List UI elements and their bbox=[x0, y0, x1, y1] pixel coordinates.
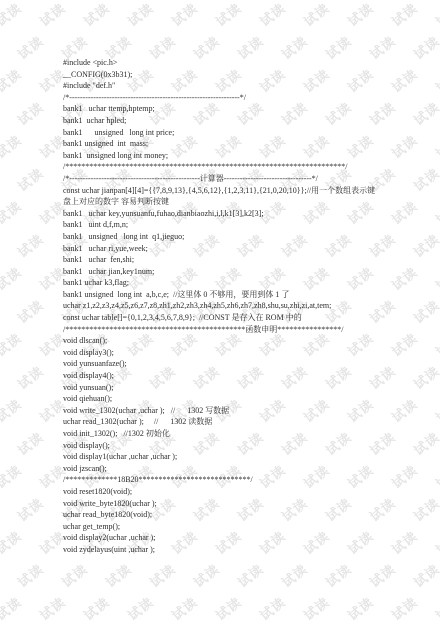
code-line: bank1 unsigned long int money; bbox=[63, 150, 375, 162]
code-line: /*--------------------------------------… bbox=[63, 173, 375, 185]
code-line: 盘上对应的数字 容易判断按键 bbox=[63, 196, 375, 208]
watermark-text: 试读 bbox=[387, 64, 421, 96]
watermark-text: 试读 bbox=[0, 460, 25, 492]
code-line: #include <pic.h> bbox=[63, 57, 375, 69]
watermark-text: 试读 bbox=[0, 526, 25, 558]
watermark-text: 试读 bbox=[0, 328, 25, 360]
watermark-text: 试读 bbox=[321, 559, 355, 591]
watermark-text: 试读 bbox=[431, 394, 440, 426]
code-line: bank1 uchar ttemp,hptemp; bbox=[63, 103, 375, 115]
watermark-text: 试读 bbox=[0, 196, 25, 228]
watermark-text: 试读 bbox=[13, 163, 47, 195]
code-line: bank1 uchar key,yunsuanfu,fuhao,dianbiao… bbox=[63, 208, 375, 220]
watermark-text: 试读 bbox=[255, 0, 289, 30]
code-line: void display1(uchar ,uchar ,uchar ); bbox=[63, 451, 375, 463]
code-line: bank1 uint d,f,m,n; bbox=[63, 219, 375, 231]
code-line: void display4(); bbox=[63, 370, 375, 382]
code-line: /***************************************… bbox=[63, 324, 375, 336]
watermark-text: 试读 bbox=[387, 592, 421, 620]
watermark-text: 试读 bbox=[189, 559, 223, 591]
code-line: bank1 unsigned long int q1,jieguo; bbox=[63, 231, 375, 243]
watermark-text: 试读 bbox=[277, 559, 311, 591]
watermark-text: 试读 bbox=[387, 0, 421, 30]
code-line: void qiehuan(); bbox=[63, 393, 375, 405]
watermark-text: 试读 bbox=[409, 361, 440, 393]
code-line: const uchar table[]={0,1,2,3,4,5,6,7,8,9… bbox=[63, 312, 375, 324]
watermark-text: 试读 bbox=[431, 328, 440, 360]
watermark-text: 试读 bbox=[13, 31, 47, 63]
code-line: void display2(uchar ,uchar ); bbox=[63, 532, 375, 544]
code-line: bank1 unsigned int mass; bbox=[63, 138, 375, 150]
code-line: void yunsuan(); bbox=[63, 382, 375, 394]
code-line: const uchar jianpan[4][4]={{7,8,9,13},{4… bbox=[63, 185, 375, 197]
watermark-text: 试读 bbox=[145, 559, 179, 591]
code-line: void display3(); bbox=[63, 347, 375, 359]
code-line: uchar get_temp(); bbox=[63, 521, 375, 533]
watermark-text: 试读 bbox=[431, 0, 440, 30]
watermark-text: 试读 bbox=[0, 64, 25, 96]
watermark-text: 试读 bbox=[13, 97, 47, 129]
watermark-text: 试读 bbox=[79, 0, 113, 30]
code-line: bank1 uchar hpled; bbox=[63, 115, 375, 127]
watermark-text: 试读 bbox=[299, 592, 333, 620]
watermark-text: 试读 bbox=[299, 0, 333, 30]
watermark-text: 试读 bbox=[0, 0, 25, 30]
watermark-text: 试读 bbox=[35, 0, 69, 30]
watermark-text: 试读 bbox=[409, 31, 440, 63]
code-line: /*************18B20*********************… bbox=[63, 474, 375, 486]
code-line: void yunsuanfaze(); bbox=[63, 358, 375, 370]
code-line: uchar read_1302(uchar ); // 1302 读数据 bbox=[63, 416, 375, 428]
watermark-text: 试读 bbox=[35, 592, 69, 620]
watermark-text: 试读 bbox=[409, 229, 440, 261]
watermark-text: 试读 bbox=[343, 0, 377, 30]
code-line: void display(); bbox=[63, 440, 375, 452]
code-line: #include "def.h" bbox=[63, 80, 375, 92]
watermark-text: 试读 bbox=[123, 592, 157, 620]
watermark-text: 试读 bbox=[255, 592, 289, 620]
watermark-text: 试读 bbox=[0, 592, 25, 620]
watermark-text: 试读 bbox=[211, 592, 245, 620]
code-line: __CONFIG(0x3b31); bbox=[63, 69, 375, 81]
code-line: bank1 uchar ri,yue,week; bbox=[63, 243, 375, 255]
watermark-text: 试读 bbox=[343, 592, 377, 620]
watermark-text: 试读 bbox=[0, 394, 25, 426]
watermark-text: 试读 bbox=[431, 592, 440, 620]
code-line: /*--------------------------------------… bbox=[63, 92, 375, 104]
watermark-text: 试读 bbox=[409, 493, 440, 525]
watermark-text: 试读 bbox=[431, 460, 440, 492]
watermark-text: 试读 bbox=[13, 295, 47, 327]
watermark-text: 试读 bbox=[431, 64, 440, 96]
code-line: void write_byte1820(uchar ); bbox=[63, 498, 375, 510]
code-line: void write_1302(uchar ,uchar ); // 1302 … bbox=[63, 405, 375, 417]
code-line: void zydelayus(uint ,uchar ); bbox=[63, 544, 375, 556]
watermark-text: 试读 bbox=[409, 295, 440, 327]
watermark-text: 试读 bbox=[0, 130, 25, 162]
code-line: bank1 unsigned long int price; bbox=[63, 127, 375, 139]
watermark-text: 试读 bbox=[387, 196, 421, 228]
watermark-text: 试读 bbox=[409, 559, 440, 591]
watermark-text: 试读 bbox=[57, 559, 91, 591]
watermark-text: 试读 bbox=[101, 559, 135, 591]
code-line: void init_1302(); //1302 初始化 bbox=[63, 428, 375, 440]
watermark-text: 试读 bbox=[13, 361, 47, 393]
code-line: uchar z1,z2,z3,z4,z5,z6,z7,z8,zh1,zh2,zh… bbox=[63, 300, 375, 312]
watermark-text: 试读 bbox=[13, 559, 47, 591]
code-block: #include <pic.h>__CONFIG(0x3b31);#includ… bbox=[63, 57, 375, 556]
code-line: uchar read_byte1820(void); bbox=[63, 509, 375, 521]
code-line: void jzscan(); bbox=[63, 463, 375, 475]
code-line: bank1 uchar k3,flag; bbox=[63, 277, 375, 289]
watermark-text: 试读 bbox=[167, 0, 201, 30]
code-line: void reset1820(void); bbox=[63, 486, 375, 498]
watermark-text: 试读 bbox=[409, 163, 440, 195]
watermark-text: 试读 bbox=[365, 559, 399, 591]
code-line: void dlscan(); bbox=[63, 335, 375, 347]
watermark-text: 试读 bbox=[211, 0, 245, 30]
watermark-text: 试读 bbox=[387, 262, 421, 294]
watermark-text: 试读 bbox=[431, 130, 440, 162]
watermark-text: 试读 bbox=[167, 592, 201, 620]
watermark-text: 试读 bbox=[387, 526, 421, 558]
code-line: bank1 uchar fen,shi; bbox=[63, 254, 375, 266]
watermark-text: 试读 bbox=[13, 427, 47, 459]
watermark-text: 试读 bbox=[13, 229, 47, 261]
watermark-text: 试读 bbox=[387, 460, 421, 492]
code-line: /***************************************… bbox=[63, 161, 375, 173]
watermark-text: 试读 bbox=[123, 0, 157, 30]
watermark-text: 试读 bbox=[387, 328, 421, 360]
watermark-text: 试读 bbox=[431, 196, 440, 228]
watermark-text: 试读 bbox=[431, 262, 440, 294]
watermark-text: 试读 bbox=[233, 559, 267, 591]
watermark-text: 试读 bbox=[387, 394, 421, 426]
watermark-text: 试读 bbox=[13, 493, 47, 525]
document-page: 试读试读试读试读试读试读试读试读试读试读试读试读试读试读试读试读试读试读试读试读… bbox=[0, 0, 440, 620]
code-line: bank1 uchar jian,key1num; bbox=[63, 266, 375, 278]
watermark-text: 试读 bbox=[387, 130, 421, 162]
watermark-text: 试读 bbox=[0, 262, 25, 294]
code-line: bank1 unsigned long int a,b,c,e; //这里体 0… bbox=[63, 289, 375, 301]
watermark-text: 试读 bbox=[409, 427, 440, 459]
watermark-text: 试读 bbox=[409, 97, 440, 129]
watermark-text: 试读 bbox=[79, 592, 113, 620]
watermark-text: 试读 bbox=[431, 526, 440, 558]
